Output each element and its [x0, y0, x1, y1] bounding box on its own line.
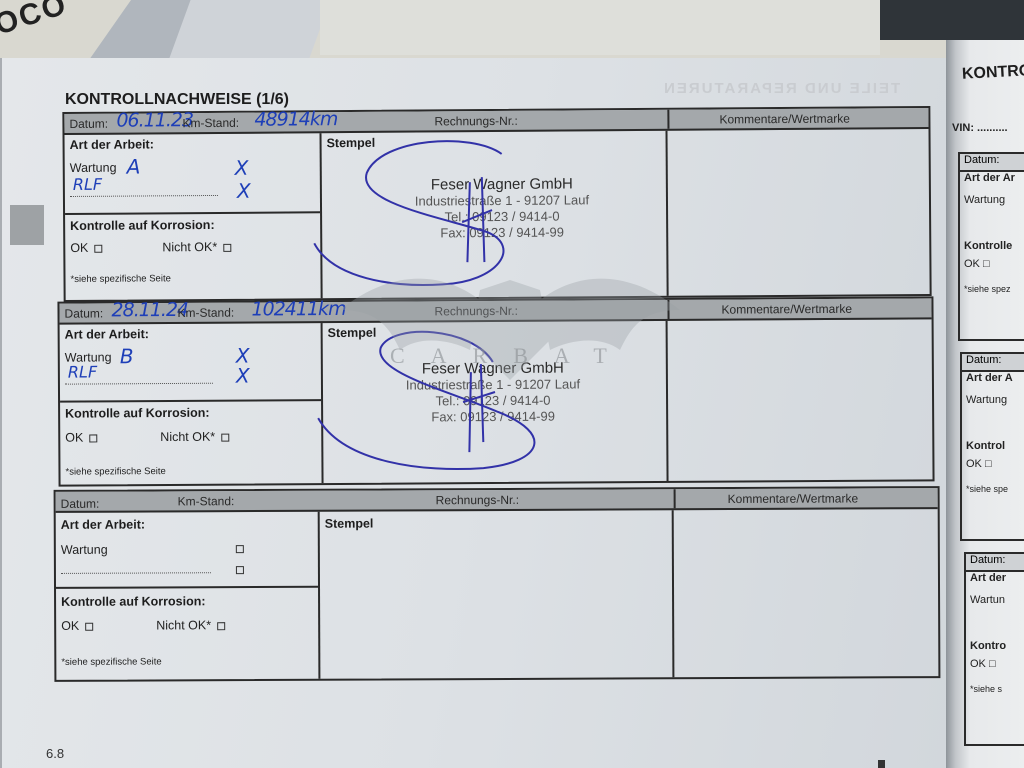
- comment-column[interactable]: [667, 129, 929, 296]
- background-sheet: [169, 0, 330, 58]
- ok-label: OK: [70, 241, 88, 255]
- km-stand-label: Km-Stand:: [182, 116, 239, 130]
- nicht-ok-label: Nicht OK*: [160, 430, 215, 444]
- nicht-ok-checkbox[interactable]: [223, 244, 231, 252]
- page-edge-mark: [878, 760, 885, 768]
- wartung-checkbox[interactable]: [236, 545, 244, 553]
- footnote: *siehe spezifische Seite: [61, 656, 161, 667]
- ok-checkbox[interactable]: [89, 434, 97, 442]
- wartung-type-value[interactable]: A: [127, 154, 141, 178]
- adjacent-entry-3: Datum: Art der Wartun Kontro OK □ *siehe…: [964, 552, 1024, 746]
- adjacent-page-title: KONTRO: [962, 62, 1024, 84]
- background-sheet: [320, 0, 880, 55]
- work-column: Art der Arbeit: Wartung B X RLF X Kontro…: [60, 323, 324, 485]
- stempel-label: Stempel: [325, 517, 374, 531]
- adjacent-page: KONTRO VIN: .......... Datum: Art der Ar…: [946, 40, 1024, 768]
- stamp-column: Stempel Feser Wagner GmbH Industriestraß…: [322, 131, 669, 298]
- km-stand-label: Km-Stand:: [178, 494, 235, 508]
- footnote: *siehe spez: [960, 284, 1024, 294]
- art-der-arbeit-label: Art der Ar: [960, 172, 1024, 184]
- section-tab-marker: [10, 205, 44, 245]
- km-stand-value[interactable]: 102411km: [251, 298, 345, 321]
- stamp-column[interactable]: Stempel: [320, 510, 675, 679]
- wartung-label: Wartun: [966, 594, 1024, 606]
- extra-work-value[interactable]: RLF: [68, 362, 97, 381]
- ok-option: OK □: [962, 458, 1024, 470]
- service-entry-2: Datum: 28.11.24 Km-Stand: 102411km Rechn…: [57, 296, 934, 486]
- kontrolle-label: Kontrol: [962, 440, 1024, 452]
- ok-option[interactable]: OK: [61, 619, 93, 633]
- wartung-label: Wartung: [61, 543, 108, 557]
- comment-column[interactable]: [674, 509, 939, 677]
- work-column: Art der Arbeit: Wartung Kontrolle auf Ko…: [56, 512, 321, 680]
- work-column: Art der Arbeit: Wartung A X RLF X Kontro…: [65, 133, 323, 300]
- km-stand-value[interactable]: 48914km: [254, 108, 337, 131]
- kontrolle-label: Kontrolle auf Korrosion:: [70, 218, 215, 233]
- background-fabric: [880, 0, 1024, 40]
- datum-label: Datum:: [962, 354, 1024, 372]
- extra-work-line: [65, 383, 213, 385]
- ok-option: OK □: [966, 658, 1024, 670]
- ok-label: OK: [65, 431, 83, 445]
- wartung-check-mark[interactable]: X: [235, 156, 249, 180]
- booklet-page: TEILE UND REPARATUREN KONTROLLNACHWEISE …: [0, 58, 950, 768]
- kontrolle-label: Kontrolle auf Korrosion:: [61, 594, 206, 609]
- art-der-arbeit-label: Art der Arbeit:: [61, 518, 145, 532]
- art-der-arbeit-label: Art der: [966, 572, 1024, 584]
- wartung-type-value[interactable]: B: [120, 344, 134, 368]
- km-stand-label: Km-Stand:: [177, 306, 234, 320]
- rechnungs-nr-label: Rechnungs-Nr.:: [436, 493, 519, 507]
- service-entry-1: Datum: 06.11.23 Km-Stand: 48914km Rechnu…: [62, 106, 931, 302]
- wartung-label: Wartung: [70, 161, 117, 175]
- work-section: Art der Arbeit: Wartung A X RLF X: [65, 133, 321, 215]
- watermark-text: CARBAT: [390, 343, 633, 369]
- work-section: Art der Arbeit: Wartung: [56, 512, 318, 589]
- page-number: 6.8: [46, 746, 64, 761]
- comment-column[interactable]: [668, 319, 933, 481]
- ok-option[interactable]: OK: [65, 430, 97, 444]
- kommentare-label: Kommentare/Wertmarke: [721, 302, 852, 317]
- nicht-ok-option[interactable]: Nicht OK*: [162, 240, 231, 254]
- datum-label: Datum:: [960, 154, 1024, 172]
- nicht-ok-option[interactable]: Nicht OK*: [156, 618, 225, 632]
- wartung-label: Wartung: [960, 194, 1024, 206]
- footnote: *siehe s: [966, 684, 1024, 694]
- nicht-ok-checkbox[interactable]: [217, 622, 225, 630]
- vin-field: VIN: ..........: [952, 122, 1008, 134]
- work-section: Art der Arbeit: Wartung B X RLF X: [60, 323, 321, 403]
- art-der-arbeit-label: Art der Arbeit:: [65, 327, 149, 342]
- kontrolle-label: Kontrolle auf Korrosion:: [65, 406, 210, 421]
- service-entry-3: Datum: Km-Stand: Rechnungs-Nr.: Kommenta…: [54, 486, 941, 682]
- kommentare-label: Kommentare/Wertmarke: [728, 491, 859, 506]
- kommentare-label: Kommentare/Wertmarke: [719, 112, 850, 127]
- datum-label: Datum:: [64, 306, 103, 320]
- footnote: *siehe spe: [962, 484, 1024, 494]
- nicht-ok-label: Nicht OK*: [162, 240, 217, 254]
- adjacent-entry-2: Datum: Art der A Wartung Kontrol OK □ *s…: [960, 352, 1024, 541]
- ok-option[interactable]: OK: [70, 241, 102, 255]
- datum-label: Datum:: [61, 497, 100, 511]
- ok-option: OK □: [960, 258, 1024, 270]
- art-der-arbeit-label: Art der Arbeit:: [70, 137, 154, 152]
- extra-check-mark[interactable]: X: [236, 364, 250, 388]
- nicht-ok-label: Nicht OK*: [156, 618, 211, 632]
- kontrolle-label: Kontro: [966, 640, 1024, 652]
- ok-label: OK: [61, 619, 79, 633]
- show-through-text: TEILE UND REPARATUREN: [662, 80, 900, 97]
- ok-checkbox[interactable]: [94, 244, 102, 252]
- rechnungs-nr-label: Rechnungs-Nr.:: [434, 304, 517, 319]
- rechnungs-nr-label: Rechnungs-Nr.:: [434, 114, 517, 129]
- kontrolle-label: Kontrolle: [960, 240, 1024, 252]
- ok-checkbox[interactable]: [85, 622, 93, 630]
- wartung-label: Wartung: [962, 394, 1024, 406]
- header-divider: [667, 300, 669, 319]
- datum-label: Datum:: [966, 554, 1024, 572]
- adjacent-entry-1: Datum: Art der Ar Wartung Kontrolle OK □…: [958, 152, 1024, 341]
- page-title: KONTROLLNACHWEISE (1/6): [65, 91, 289, 109]
- extra-work-checkbox[interactable]: [236, 566, 244, 574]
- footnote: *siehe spezifische Seite: [65, 466, 165, 478]
- header-divider: [667, 110, 669, 129]
- extra-check-mark[interactable]: X: [237, 179, 251, 203]
- extra-work-line[interactable]: [61, 572, 211, 574]
- header-divider: [674, 489, 676, 508]
- nicht-ok-option[interactable]: Nicht OK*: [160, 430, 229, 444]
- nicht-ok-checkbox[interactable]: [221, 433, 229, 441]
- extra-work-line: [70, 195, 218, 197]
- datum-label: Datum:: [69, 117, 108, 131]
- footnote: *siehe spezifische Seite: [70, 273, 170, 285]
- extra-work-value[interactable]: RLF: [73, 175, 102, 194]
- signature: [322, 131, 667, 293]
- art-der-arbeit-label: Art der A: [962, 372, 1024, 384]
